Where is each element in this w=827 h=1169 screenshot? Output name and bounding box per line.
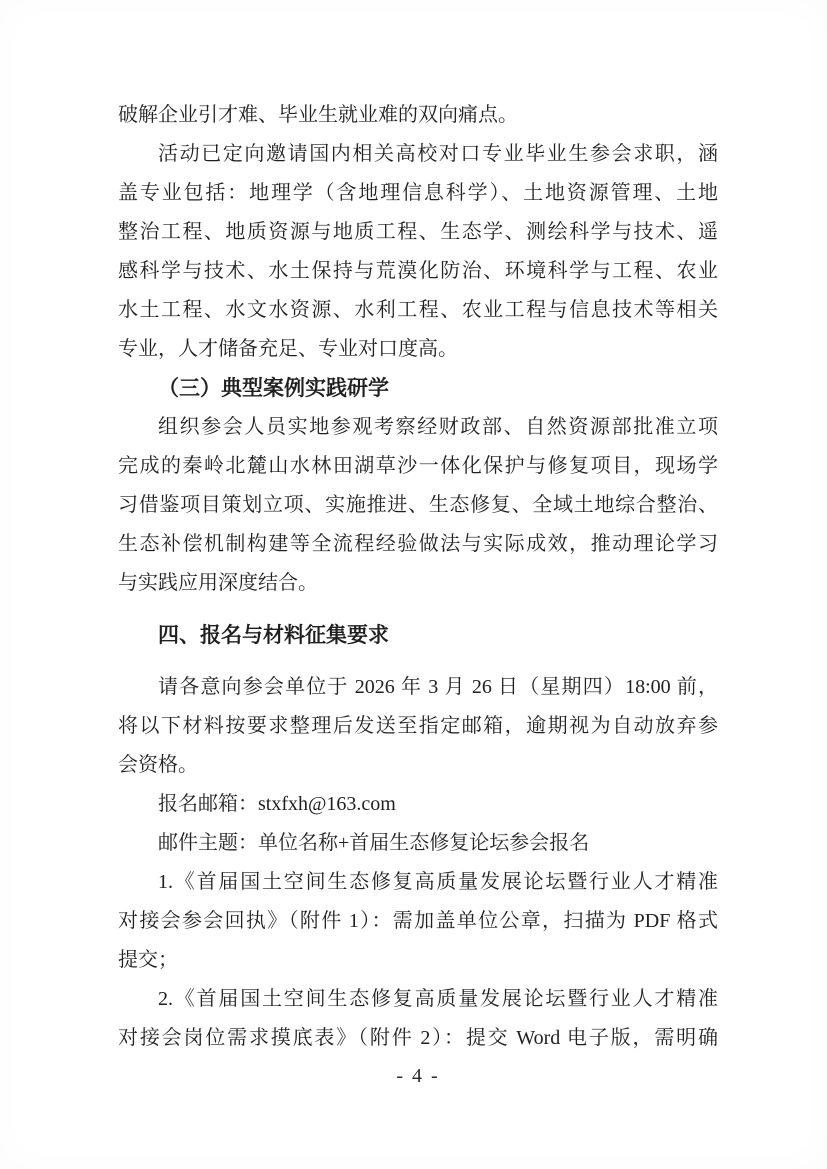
text-line: 请各意向参会单位于 2026 年 3 月 26 日（星期四）18:00 前， (118, 668, 718, 707)
text-line: 对接会岗位需求摸底表》（附件 2）：提交 Word 电子版，需明确 (118, 1019, 718, 1058)
document-body: 破解企业引才难、毕业生就业难的双向痛点。 活动已定向邀请国内相关高校对口专业毕业… (118, 96, 718, 1092)
section-heading-registration: 四、报名与材料征集要求 (118, 616, 718, 655)
text-line: 对接会参会回执》（附件 1）：需加盖单位公章，扫描为 PDF 格式 (118, 902, 718, 941)
text-line: 生态补偿机制构建等全流程经验做法与实际成效，推动理论学习 (118, 525, 718, 564)
text-line: 活动已定向邀请国内相关高校对口专业毕业生参会求职，涵 (118, 135, 718, 174)
text-line: 感科学与技术、水土保持与荒漠化防治、环境科学与工程、农业 (118, 252, 718, 291)
document-page: 破解企业引才难、毕业生就业难的双向痛点。 活动已定向邀请国内相关高校对口专业毕业… (0, 0, 827, 1169)
text-line: 提交； (118, 941, 718, 980)
text-line: 盖专业包括：地理学（含地理信息科学）、土地资源管理、土地 (118, 174, 718, 213)
text-line: 会资格。 (118, 746, 718, 785)
section-heading-case-study: （三）典型案例实践研学 (118, 369, 718, 408)
page-number: - 4 - (118, 1060, 718, 1092)
text-line: 习借鉴项目策划立项、实施推进、生态修复、全域土地综合整治、 (118, 486, 718, 525)
email-line: 报名邮箱：stxfxh@163.com (118, 785, 718, 824)
text-line: 完成的秦岭北麓山水林田湖草沙一体化保护与修复项目，现场学 (118, 447, 718, 486)
text-line: 破解企业引才难、毕业生就业难的双向痛点。 (118, 96, 718, 135)
text-line: 专业，人才储备充足、专业对口度高。 (118, 330, 718, 369)
text-line: 组织参会人员实地参观考察经财政部、自然资源部批准立项 (118, 408, 718, 447)
text-line: 2.《首届国土空间生态修复高质量发展论坛暨行业人才精准 (118, 980, 718, 1019)
text-line: 1.《首届国土空间生态修复高质量发展论坛暨行业人才精准 (118, 863, 718, 902)
mail-subject-line: 邮件主题：单位名称+首届生态修复论坛参会报名 (118, 824, 718, 863)
text-line: 与实践应用深度结合。 (118, 564, 718, 603)
text-line: 整治工程、地质资源与地质工程、生态学、测绘科学与技术、遥 (118, 213, 718, 252)
text-line: 将以下材料按要求整理后发送至指定邮箱，逾期视为自动放弃参 (118, 707, 718, 746)
text-line: 水土工程、水文水资源、水利工程、农业工程与信息技术等相关 (118, 291, 718, 330)
